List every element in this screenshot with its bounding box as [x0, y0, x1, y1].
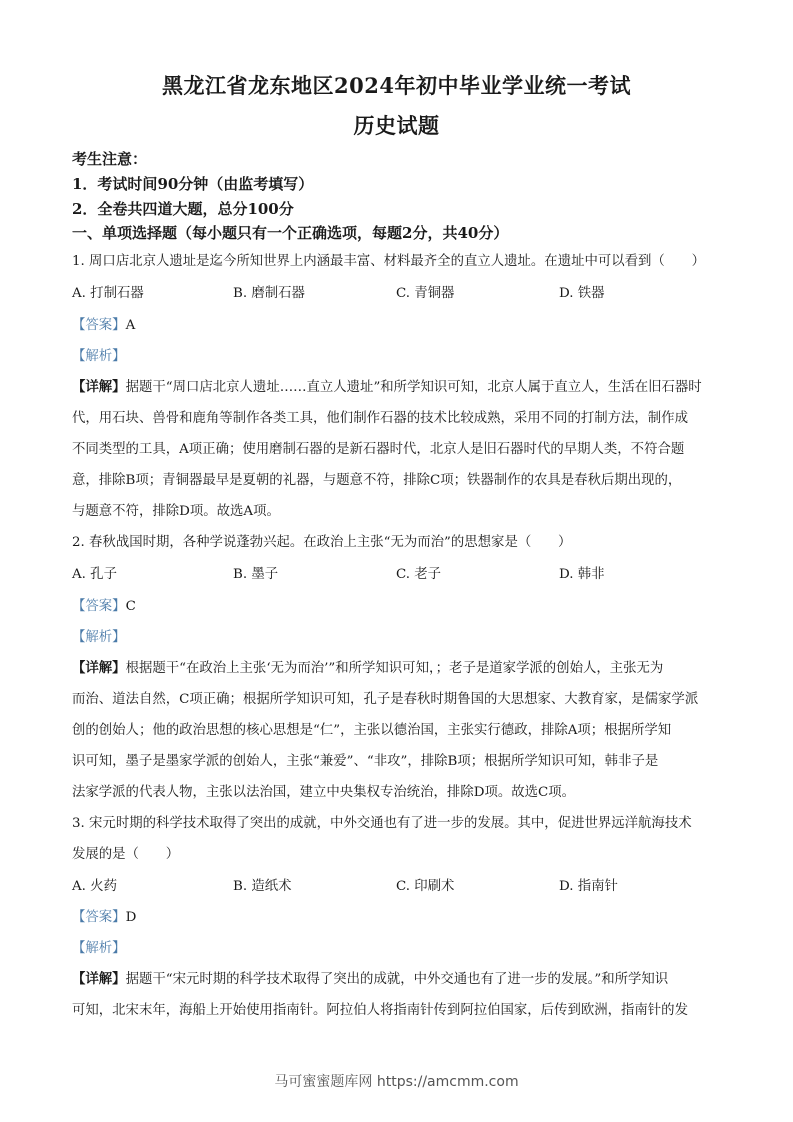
detail-line: 可知，北宋末年，海船上开始使用指南针。阿拉伯人将指南针传到阿拉伯国家，后传到欧洲… [72, 999, 688, 1018]
option-b: B. 造纸术 [233, 875, 292, 894]
notice-item: 1．考试时间90分钟（由监考填写） [72, 173, 313, 194]
detail-line: 【详解】据题干“周口店北京人遗址……直立人遗址”和所学知识可知，北京人属于直立人… [72, 376, 702, 395]
option-c: C. 青铜器 [396, 282, 454, 301]
detail-line: 而治、道法自然，C项正确；根据所学知识可知，孔子是春秋时期鲁国的大思想家、大教育… [72, 688, 698, 707]
detail-line: 【详解】根据题干“在政治上主张‘无为而治’”和所学知识可知，；老子是道家学派的创… [72, 657, 663, 676]
option-b: B. 磨制石器 [233, 282, 305, 301]
detail-label: 【详解】 [72, 379, 126, 395]
section-heading: 一、单项选择题（每小题只有一个正确选项，每题2分，共40分） [72, 222, 508, 243]
answer-label: 【答案】 [72, 599, 126, 614]
answer-value: A [126, 318, 136, 333]
option-c: C. 印刷术 [396, 875, 454, 894]
question-stem: 2. 春秋战国时期，各种学说蓬勃兴起。在政治上主张“无为而治”的思想家是（ ） [72, 531, 571, 550]
option-a: A. 打制石器 [72, 282, 144, 301]
detail-line: 代，用石块、兽骨和鹿角等制作各类工具，他们制作石器的技术比较成熟，采用不同的打制… [72, 407, 688, 426]
option-c: C. 老子 [396, 563, 441, 582]
detail-line: 法家学派的代表人物，主张以法治国，建立中央集权专治统治，排除D项。故选C项。 [72, 781, 575, 800]
option-a: A. 孔子 [72, 563, 117, 582]
option-a: A. 火药 [72, 875, 117, 894]
option-d: D. 指南针 [559, 875, 618, 894]
analysis-label: 【解析】 [72, 937, 126, 956]
detail-label: 【详解】 [72, 971, 126, 987]
detail-line: 创的创始人；他的政治思想的核心思想是“仁”，主张以德治国，主张实行德政，排除A项… [72, 719, 671, 738]
detail-line: 意，排除B项；青铜器最早是夏朝的礼器，与题意不符，排除C项；铁器制作的农具是春秋… [72, 469, 681, 488]
detail-line: 识可知，墨子是墨家学派的创始人，主张“兼爱”、“非攻”，排除B项；根据所学知识可… [72, 750, 658, 769]
analysis-label: 【解析】 [72, 626, 126, 645]
question-stem: 3. 宋元时期的科学技术取得了突出的成就，中外交通也有了进一步的发展。其中，促进… [72, 812, 692, 831]
detail-label: 【详解】 [72, 660, 126, 676]
detail-line: 不同类型的工具，A项正确；使用磨制石器的是新石器时代，北京人是旧石器时代的早期人… [72, 438, 684, 457]
answer-line: 【答案】C [72, 595, 136, 614]
answer-value: D [126, 910, 137, 925]
exam-title: 黑龙江省龙东地区2024年初中毕业学业统一考试 [0, 70, 793, 100]
analysis-label: 【解析】 [72, 345, 126, 364]
footer-watermark: 马可蜜蜜题库网 https://amcmm.com [0, 1071, 793, 1091]
answer-label: 【答案】 [72, 910, 126, 925]
notice-heading: 考生注意： [72, 148, 147, 169]
question-stem: 发展的是（ ） [72, 843, 179, 862]
detail-line: 【详解】据题干“宋元时期的科学技术取得了突出的成就，中外交通也有了进一步的发展。… [72, 968, 668, 987]
question-stem: 1. 周口店北京人遗址是迄今所知世界上内涵最丰富、材料最齐全的直立人遗址。在遗址… [72, 250, 705, 269]
option-b: B. 墨子 [233, 563, 278, 582]
option-d: D. 韩非 [559, 563, 605, 582]
answer-line: 【答案】D [72, 906, 136, 925]
exam-page: 黑龙江省龙东地区2024年初中毕业学业统一考试 历史试题 考生注意： 1．考试时… [0, 0, 793, 1122]
notice-item: 2．全卷共四道大题，总分100分 [72, 198, 294, 219]
option-d: D. 铁器 [559, 282, 605, 301]
exam-subtitle: 历史试题 [0, 110, 793, 140]
answer-line: 【答案】A [72, 314, 135, 333]
answer-label: 【答案】 [72, 318, 126, 333]
answer-value: C [126, 599, 136, 614]
detail-line: 与题意不符，排除D项。故选A项。 [72, 500, 280, 519]
